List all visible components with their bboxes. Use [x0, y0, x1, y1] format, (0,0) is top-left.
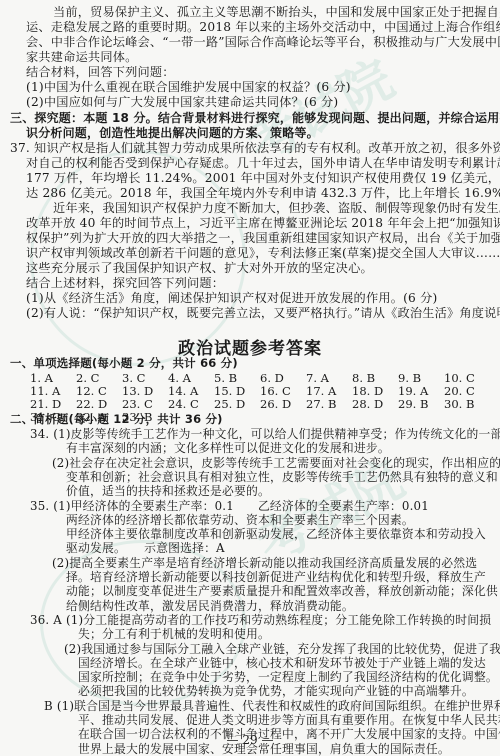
page-number: — 29 —	[0, 733, 500, 747]
section-heading: 一、单项选择题(每小题 2 分，共计 66 分)	[10, 356, 238, 371]
answer-line: 甲经济体主要依靠制度改革和创新驱动发展，乙经济体主要依靠资本和劳动投入	[66, 527, 486, 541]
answer-line: 国经济增长。在全球产业链中，核心技术和研发环节被处于产业链上端的发达	[78, 656, 486, 670]
paragraph-line: 达 286 亿美元。2018 年，我国全年境内外专利申请 432.3 万件，比上…	[26, 186, 500, 201]
paragraph-line: 37. 知识产权是指人们就其智力劳动成果所依法享有的专有权利。改革开放之初，很多…	[10, 141, 500, 156]
question-item: (2)中国应如何与广大发展中国家共建命运共同体？(6 分)	[26, 95, 338, 110]
mc-answer: 29. B	[398, 398, 428, 411]
paragraph-line: 家共建命运共同体。	[26, 50, 138, 65]
paragraph-line: 当前，贸易保护主义、孤立主义等思潮不断抬头，中国和发展中国家正处于把握自身命	[53, 5, 500, 20]
paragraph-line: 近年来，我国知识产权保护力度不断加大，但抄袭、盗版、制假等现象仍时有发生。在	[53, 201, 500, 216]
section-heading: 识分析问题，创造性地提出解决问题的方案、策略等。	[26, 126, 319, 141]
answer-line: 两经济体的经济增长都依靠劳动、资本和全要素生产率三个因素。	[66, 513, 414, 527]
mc-answer: 24. C	[168, 398, 199, 411]
answer-line: 国家所控制；在竞争中处于劣势，一定程度上制约了我国经济结构的优化调整。	[78, 670, 498, 684]
paragraph-line: 会、中非合作论坛峰会、“一带一路”国际合作高峰论坛等平台，积极推动与广大发展中国	[26, 35, 500, 50]
section-heading: 二、简析题(每小题 12 分，共计 36 分)	[10, 412, 223, 427]
mc-answer: 28. D	[352, 398, 383, 411]
paragraph-line: 运、走稳发展之路的重要时期。2018 年以来的主场外交活动中，中国通过上海合作组…	[26, 20, 500, 35]
exam-page: 考试院 考试院 当前，贸易保护主义、孤立主义等思潮不断抬头，中国和发展中国家正处…	[0, 0, 500, 756]
mc-answer: 27. B	[306, 398, 336, 411]
paragraph-line: 改革开放 40 年的时间节点上，习近平主席在博鳌亚洲论坛 2018 年年会上把“…	[26, 216, 500, 231]
answer-line: 35. (1)甲经济体的全要素生产率：0.1 乙经济体的全要素生产率：0.01	[30, 499, 429, 513]
answer-line: 动能；以制度变革促进生产要素质量提升和配置效率改善，释放创新动能；深化供	[66, 584, 498, 598]
answer-line: 价值，适当的扶持和拯救还是必要的。	[66, 484, 270, 498]
answer-line: (2)我国通过参与国际分工融入全球产业链，充分发挥了我国的比较优势，促进了我	[64, 642, 500, 656]
section-heading: 三、探究题：本题 18 分。结合背景材料进行探究，能够发现问题、提出问题，并综合…	[10, 111, 500, 126]
answer-line: 36. A (1)分工能提高劳动者的工作技巧和劳动熟练程度；分工能免除工作转换的…	[30, 613, 491, 627]
paragraph-line: 对自己的权利能否受到保护心存疑虑。几十年过去，国外申请人在华申请发明专利累计超过	[26, 156, 500, 171]
paragraph-line: 识产权审判领域改革创新若干问题的意见》，专利法修正案(草案)提交全国人大审议……	[26, 246, 500, 261]
question-item: (1)从《经济生活》角度，阐述保护知识产权对促进开放发展的作用。(6 分)	[26, 291, 437, 306]
mc-answer: 26. D	[260, 398, 291, 411]
answer-line: 给侧结构性改革，激发居民消费潜力，释放消费动能。	[66, 599, 354, 613]
paragraph-line: 177 万件，年均增长 11.24%。2001 年中国对外支付知识产权使用费仅 …	[26, 171, 500, 186]
answer-line: 有丰富深刻的内涵；文化多样性可以促进文化的发展和进步。	[66, 441, 390, 455]
answer-line: 失；分工有利于机械的发明和使用。	[78, 627, 270, 641]
answer-line: 变革和创新；社会意识具有相对独立性，皮影等传统手工艺仍然具有独特的意义和	[66, 470, 498, 484]
question-prompt: 结合上述材料，探究回答下列问题：	[26, 276, 224, 291]
question-item: (2)有人说：“保护知识产权，既要完善立法，又要严格执行。”请从《政治生活》角度…	[26, 306, 500, 321]
answer-line: 择。培育经济增长新动能要以科技创新促进产业结构优化和转型升级，释放生产	[66, 570, 486, 584]
question-item: (1)中国为什么重视在联合国维护发展中国家的权益？(6 分)	[26, 80, 351, 95]
answer-line: B (1)联合国是当今世界最具普遍性、代表性和权威性的政府间国际组织。在维护世界…	[44, 699, 500, 713]
answer-line: 驱动发展。 示意图选择：A	[66, 541, 225, 555]
answer-line: (2)社会存在决定社会意识，皮影等传统手工艺需要面对社会变化的现实，作出相应的	[52, 456, 500, 470]
question-prompt: 结合材料，回答下列问题：	[26, 65, 175, 80]
answer-line: 必须把我国的比较优势转换为竞争优势，才能实现向产业链的中高端攀升。	[78, 684, 474, 698]
answer-line: 平、推动共同发展、促进人类文明进步等方面具有重要作用。在恢复中华人民共和国	[78, 713, 500, 727]
mc-answer: 25. D	[214, 398, 245, 411]
mc-answer: 30. B	[444, 398, 474, 411]
paragraph-line: 权保护”列为扩大开放的四大举措之一，我国重新组建国家知识产权局，出台《关于加强知	[26, 231, 500, 246]
answer-line: 34. (1)皮影等传统手工艺作为一种文化，可以给人们提供精神享受；作为传统文化…	[30, 427, 500, 441]
paragraph-line: 这些充分展示了我国保护知识产权、扩大对外开放的坚定决心。	[26, 261, 373, 276]
answer-line: (2)提高全要素生产率是培育经济增长新动能以推动我国经济高质量发展的必然选	[52, 556, 477, 570]
